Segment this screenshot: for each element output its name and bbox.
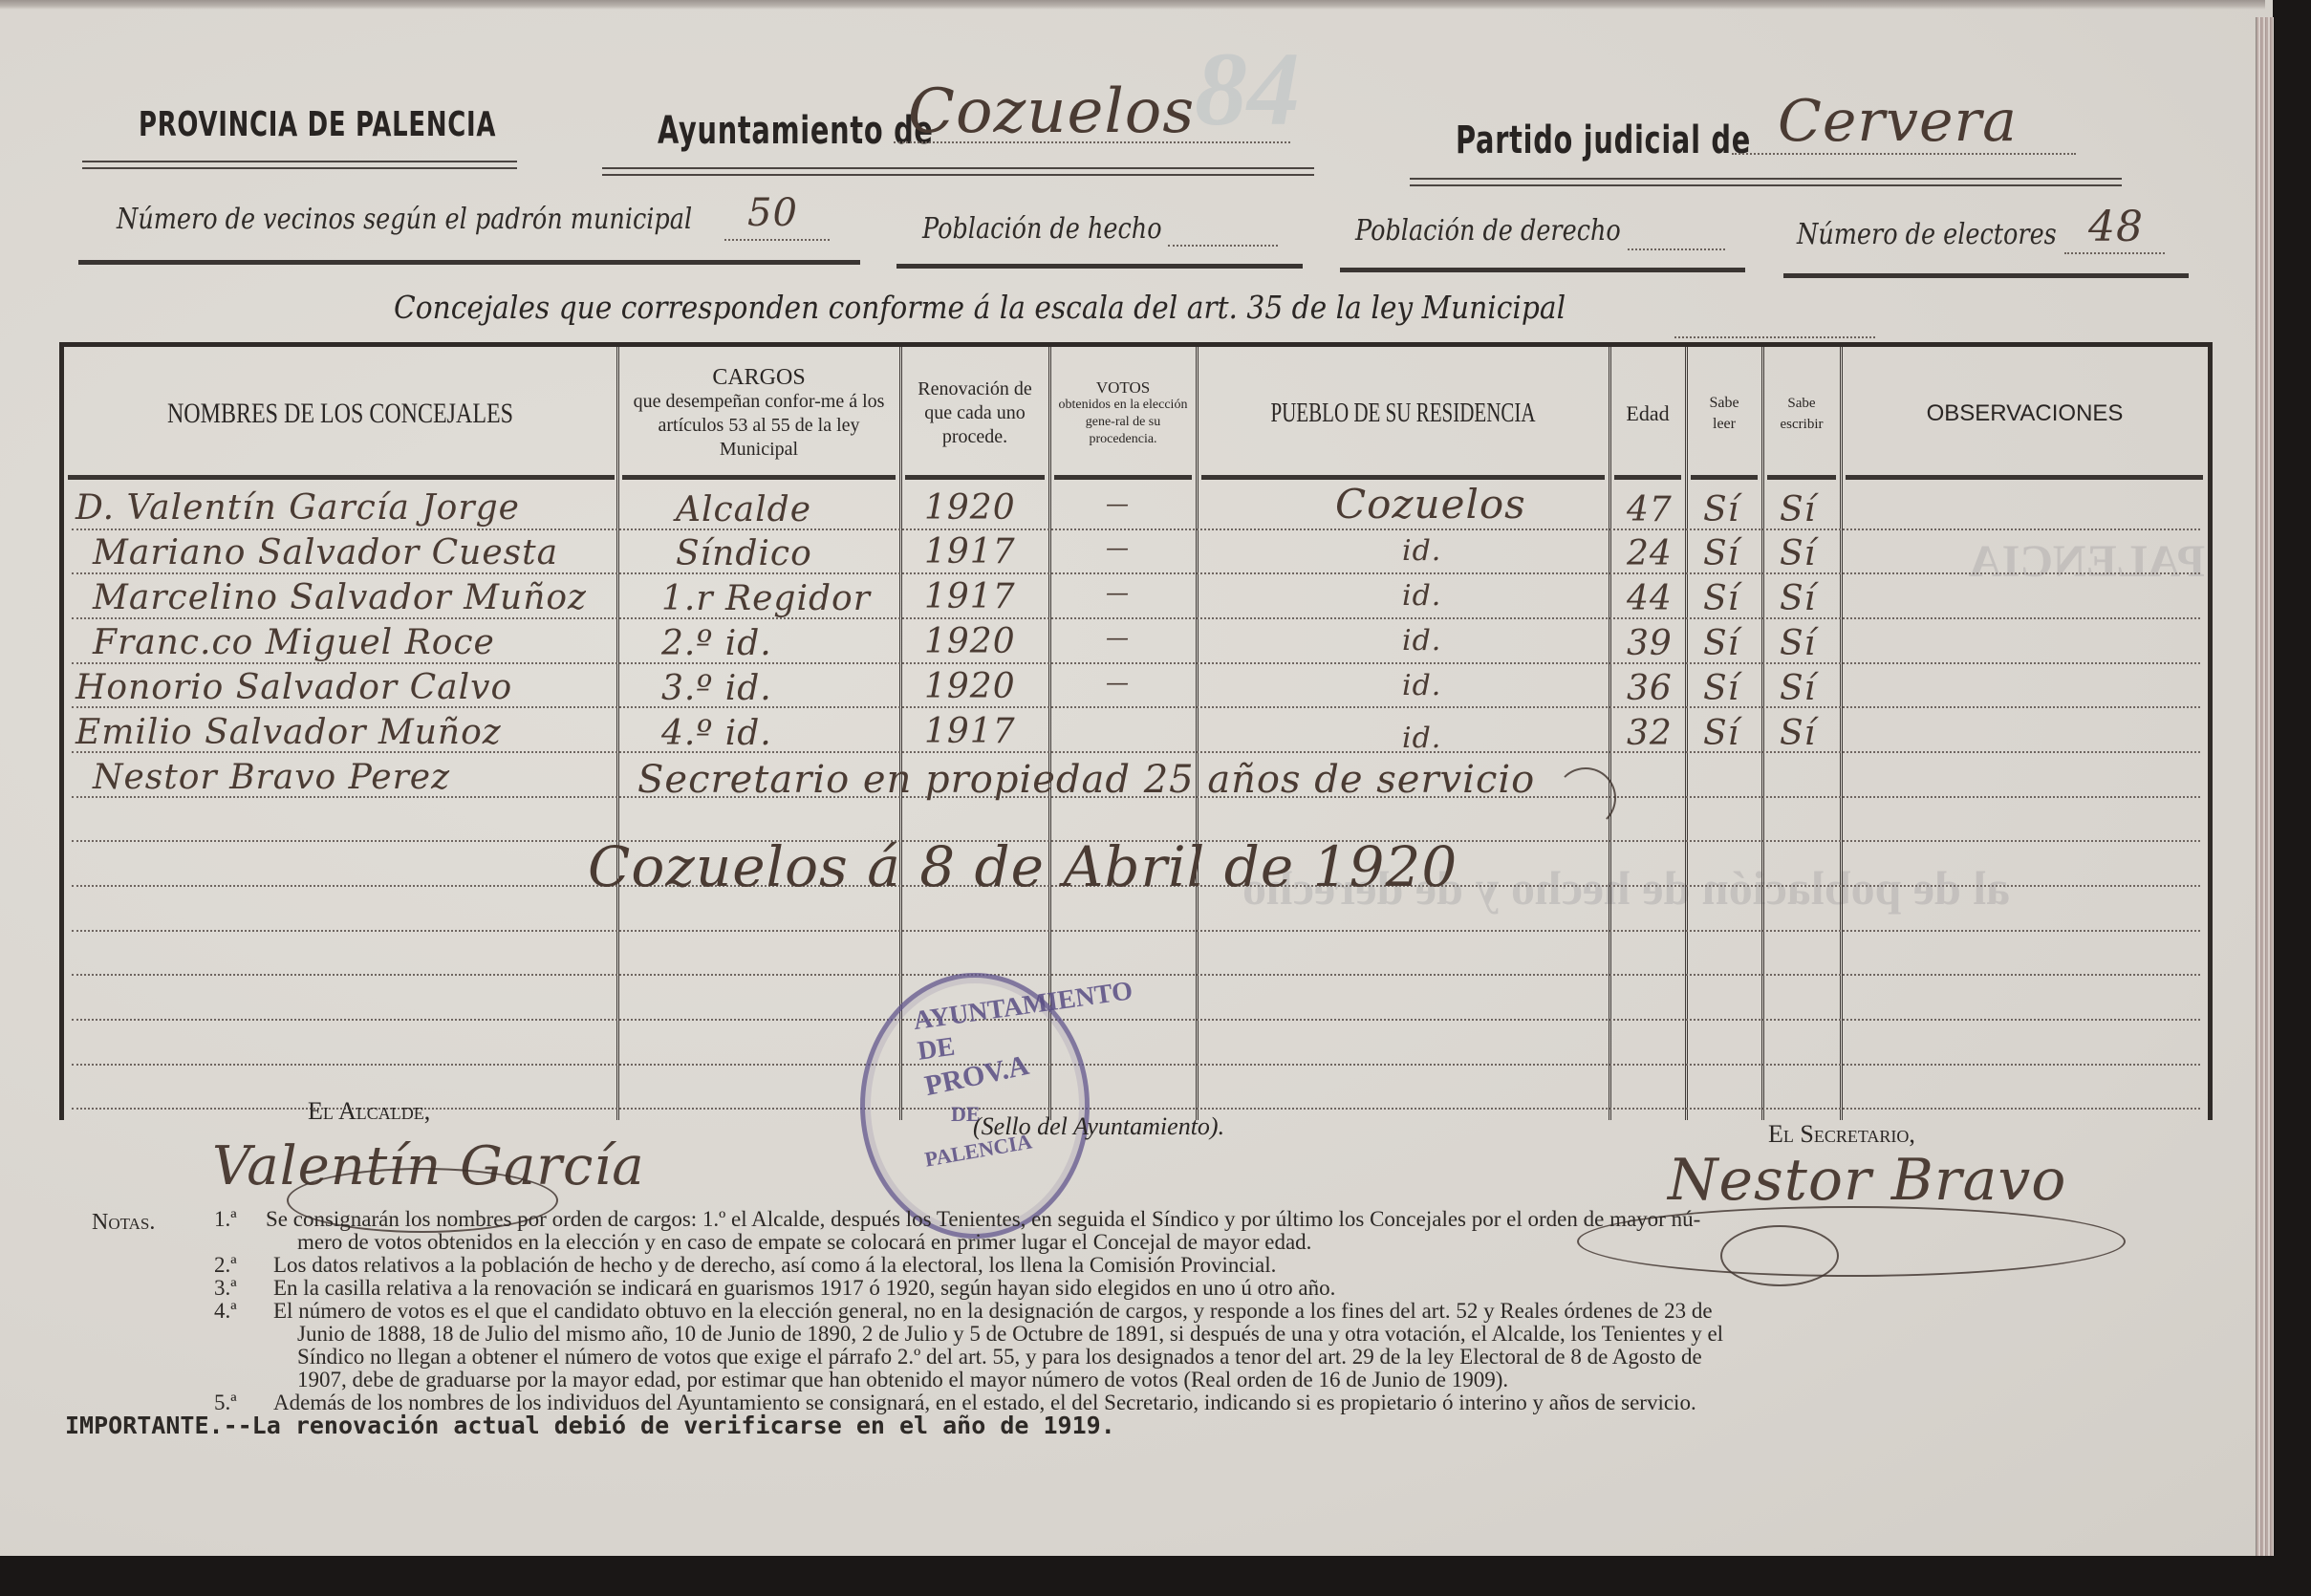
row-line (72, 974, 2200, 976)
note-1-num: 1.ª (214, 1206, 237, 1232)
row6-escribir: Sí (1780, 714, 1816, 753)
book-page-edges (2256, 17, 2274, 1556)
divider (896, 264, 1303, 269)
row2-edad: 24 (1627, 534, 1673, 573)
derecho-field-line (1628, 247, 1725, 250)
row3-renovacion: 1917 (924, 577, 1016, 616)
row6-cargo: 4.º id. (661, 714, 772, 753)
note-4-line-1: El número de votos es el que el candidat… (273, 1298, 1713, 1324)
note-4-line-3: Síndico no llegan a obtener el número de… (297, 1344, 1702, 1370)
divider (1340, 268, 1745, 272)
row1-renovacion: 1920 (924, 488, 1016, 528)
vecinos-label: Número de vecinos según el padrón munici… (117, 203, 692, 236)
secretario-label: El Secretario, (1768, 1120, 1915, 1149)
row-line (72, 1064, 2200, 1066)
derecho-label: Población de derecho (1355, 214, 1621, 248)
divider (78, 260, 860, 265)
row-line (72, 528, 2200, 530)
row1-edad: 47 (1627, 490, 1673, 529)
divider (1410, 178, 2122, 186)
header-cargos-sub: que desempeñan confor-me á los artículos… (631, 390, 887, 462)
row7-cargo-note: Secretario en propiedad 25 años de servi… (637, 758, 1535, 802)
header-rule (622, 475, 896, 480)
alcalde-label: El Alcalde, (308, 1097, 430, 1126)
row3-nombre: Marcelino Salvador Muñoz (93, 578, 587, 617)
note-4-line-4: 1907, debe de graduarse por la mayor eda… (297, 1367, 1508, 1392)
show-through-mark: 84 (1195, 29, 1300, 150)
header-votos-sub: obtenidos en la elección gene-ral de su … (1056, 397, 1190, 448)
row1-leer: Sí (1703, 490, 1739, 529)
vecinos-value: 50 (747, 191, 798, 235)
header-votos-title: VOTOS (1096, 379, 1150, 397)
row7-nombre: Nestor Bravo Perez (93, 758, 450, 797)
header-rule (1691, 475, 1758, 480)
header-rule (1201, 475, 1605, 480)
secretario-signature: Nestor Bravo (1668, 1147, 2066, 1214)
row2-escribir: Sí (1780, 534, 1816, 573)
row3-escribir: Sí (1780, 579, 1816, 618)
divider (602, 167, 1314, 176)
hecho-field-line (1168, 243, 1278, 247)
secretario-signature-loop (1720, 1225, 1839, 1286)
header-pueblo: PUEBLO DE SU RESIDENCIA (1249, 347, 1558, 480)
row4-nombre: Franc.co Miguel Roce (93, 623, 495, 662)
ayuntamiento-value: Cozuelos (908, 76, 1195, 147)
header-renovacion: Renovación de que cada uno procede. (901, 347, 1048, 480)
notes-label: Notas. (92, 1210, 155, 1236)
divider (82, 161, 517, 169)
row2-nombre: Mariano Salvador Cuesta (93, 533, 558, 572)
header-rule (905, 475, 1045, 480)
row4-edad: 39 (1627, 624, 1673, 663)
row-line (72, 662, 2200, 664)
row1-votos: — (1106, 490, 1130, 517)
ayuntamiento-label: Ayuntamiento de (658, 109, 934, 153)
note-1-line-2: mero de votos obtenidos en la elección y… (297, 1229, 1311, 1255)
header-rule (1846, 475, 2203, 480)
partido-value: Cervera (1778, 88, 2018, 155)
row6-nombre: Emilio Salvador Muñoz (76, 713, 502, 752)
row6-edad: 32 (1627, 714, 1673, 753)
header-rule (1054, 475, 1192, 480)
note-1-line-1: Se consignarán los nombres por orden de … (266, 1206, 1700, 1232)
row-line (72, 617, 2200, 619)
concejales-table: NOMBRES DE LOS CONCEJALES CARGOS que des… (59, 342, 2213, 1120)
header-nombres: NOMBRES DE LOS CONCEJALES (119, 347, 561, 480)
row2-pueblo: id. (1402, 534, 1441, 568)
note-3-line-1: En la casilla relativa a la renovación s… (273, 1275, 1335, 1301)
header-sabe-escribir: Sabe escribir (1763, 347, 1840, 480)
note-4-line-2: Junio de 1888, 18 de Julio del mismo año… (297, 1321, 1723, 1347)
ayuntamiento-seal: AYUNTAMIENTO DE PROV.A DE PALENCIA (860, 973, 1090, 1239)
provincia-title: PROVINCIA DE PALENCIA (139, 105, 496, 144)
row3-cargo: 1.r Regidor (661, 579, 871, 618)
row2-leer: Sí (1703, 534, 1739, 573)
header-rule (68, 475, 615, 480)
electores-value: 48 (2088, 203, 2144, 251)
row-line (72, 930, 2200, 932)
row3-pueblo: id. (1402, 579, 1441, 613)
header-rule (1614, 475, 1681, 480)
importante-note: IMPORTANTE.--La renovación actual debió … (65, 1413, 1115, 1438)
hecho-label: Población de hecho (922, 212, 1162, 246)
row5-votos: — (1106, 669, 1130, 696)
row1-escribir: Sí (1780, 490, 1816, 529)
row1-nombre: D. Valentín García Jorge (76, 488, 520, 528)
row4-votos: — (1106, 624, 1130, 651)
header-votos: VOTOS obtenidos en la elección gene-ral … (1050, 347, 1196, 480)
header-sabe-leer: Sabe leer (1687, 347, 1761, 480)
note-3-num: 3.ª (214, 1275, 237, 1301)
row3-edad: 44 (1627, 579, 1673, 618)
row3-votos: — (1106, 579, 1130, 606)
header-observaciones: OBSERVACIONES (1842, 347, 2208, 480)
row5-pueblo: id. (1402, 669, 1441, 702)
note-2-num: 2.ª (214, 1252, 237, 1278)
concejales-label: Concejales que corresponden conforme á l… (394, 289, 1566, 326)
electores-label: Número de electores (1797, 218, 2057, 251)
sello-label: (Sello del Ayuntamiento). (973, 1112, 1224, 1141)
row5-renovacion: 1920 (924, 667, 1016, 706)
row1-cargo: Alcalde (676, 490, 811, 529)
row5-edad: 36 (1627, 669, 1673, 708)
partido-label: Partido judicial de (1456, 119, 1751, 162)
row2-votos: — (1106, 534, 1130, 561)
row3-leer: Sí (1703, 579, 1739, 618)
note-4-num: 4.ª (214, 1298, 237, 1324)
row5-nombre: Honorio Salvador Calvo (76, 668, 512, 707)
header-cargos-title: CARGOS (712, 366, 805, 390)
row4-leer: Sí (1703, 624, 1739, 663)
row4-cargo: 2.º id. (661, 624, 772, 663)
bracket-mark (1555, 767, 1616, 829)
column-divider (1196, 347, 1199, 1120)
vecinos-field-line (724, 237, 830, 241)
row6-leer: Sí (1703, 714, 1739, 753)
concejales-field-line (1674, 334, 1875, 338)
row6-renovacion: 1917 (924, 712, 1016, 751)
row-line (72, 572, 2200, 574)
row2-cargo: Síndico (676, 534, 812, 573)
row6-pueblo: id. (1402, 722, 1441, 755)
row5-escribir: Sí (1780, 669, 1816, 708)
header-rule (1767, 475, 1836, 480)
row2-renovacion: 1917 (924, 532, 1016, 572)
date-line: Cozuelos á 8 de Abril de 1920 (588, 834, 1458, 899)
divider (1783, 273, 2189, 278)
row4-renovacion: 1920 (924, 622, 1016, 661)
row5-leer: Sí (1703, 669, 1739, 708)
row4-escribir: Sí (1780, 624, 1816, 663)
row1-pueblo: Cozuelos (1335, 481, 1526, 528)
row4-pueblo: id. (1402, 624, 1441, 658)
page-top-edge (0, 0, 2265, 10)
note-2-line-1: Los datos relativos a la población de he… (273, 1252, 1276, 1278)
header-cargos: CARGOS que desempeñan confor-me á los ar… (618, 347, 899, 480)
row5-cargo: 3.º id. (661, 669, 772, 708)
header-edad: Edad (1610, 347, 1685, 480)
